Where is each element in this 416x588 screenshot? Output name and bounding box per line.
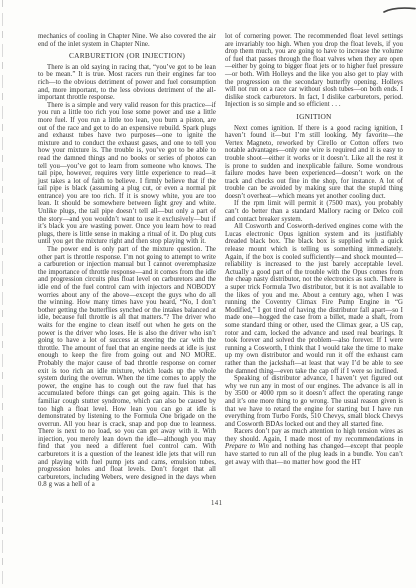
text-columns: mechanics of cooling in Chapter Nine. We… bbox=[38, 33, 404, 489]
paragraph-text: Racers don’t pay as much attention to hi… bbox=[225, 428, 403, 443]
paragraph: There is a simple and very valid reason … bbox=[38, 102, 216, 246]
paragraph: Next comes ignition. If there is a good … bbox=[225, 125, 403, 201]
right-column: lot of cornering power. The recommended … bbox=[225, 33, 403, 489]
book-title-italic: Prepare to Win bbox=[225, 443, 269, 450]
book-page: mechanics of cooling in Chapter Nine. We… bbox=[0, 0, 416, 588]
paragraph: The power end is only part of the mixtur… bbox=[38, 246, 216, 489]
paragraph: If the rpm limit will permit it (7500 ma… bbox=[225, 200, 403, 223]
paragraph: Speaking of distributor advance, I haven… bbox=[225, 375, 403, 428]
paragraph-with-book-title: Racers don’t pay as much attention to hi… bbox=[225, 428, 403, 466]
paragraph: All Cosworth and Cosworth-derived engine… bbox=[225, 223, 403, 375]
paragraph-column-continuation: lot of cornering power. The recommended … bbox=[225, 33, 403, 109]
scan-mark-top-right-icon bbox=[383, 5, 416, 15]
left-column: mechanics of cooling in Chapter Nine. We… bbox=[38, 33, 216, 489]
section-heading-ignition: IGNITION bbox=[225, 113, 403, 121]
paragraph-continuation-from-previous-page: mechanics of cooling in Chapter Nine. We… bbox=[38, 33, 216, 48]
scan-edge-artifact bbox=[2, 0, 3, 588]
section-heading-carburetion: CARBURETION (OR INJECTION) bbox=[38, 52, 216, 60]
page-number: 141 bbox=[211, 500, 222, 507]
paragraph: There is an old saying in racing that, “… bbox=[38, 64, 216, 102]
